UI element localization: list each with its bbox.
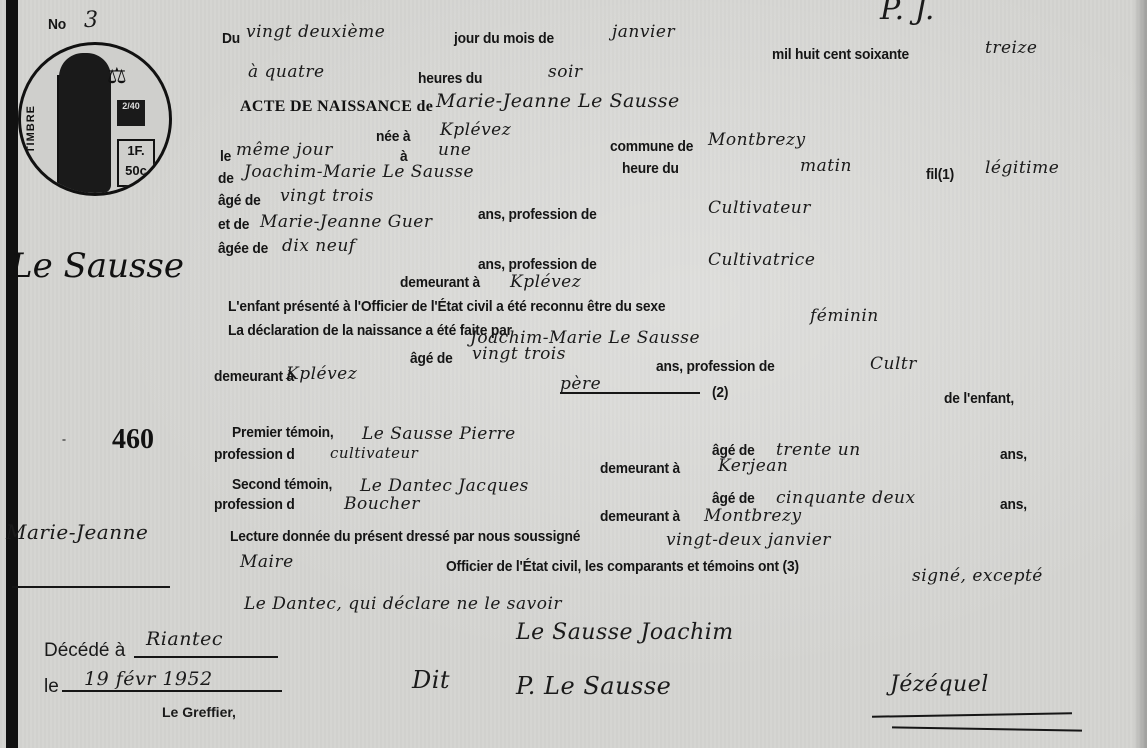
mother-name: Marie-Jeanne Guer <box>260 212 433 232</box>
printed-heure-du: heure du <box>622 160 679 177</box>
officer-title: Maire <box>240 552 294 572</box>
printed-de-mother: et de <box>218 216 249 233</box>
top-right-mark: P. J. <box>880 0 935 27</box>
signature-flourish <box>872 712 1072 717</box>
declarant-age: vingt trois <box>472 344 566 364</box>
printed-fil: fil(1) <box>926 166 954 183</box>
sex: féminin <box>810 306 879 326</box>
month-handwritten: janvier <box>612 22 675 42</box>
printed-prof-w1: profession d <box>214 446 295 463</box>
printed-res-declarant: demeurant à <box>214 368 294 385</box>
printed-jour-du-mois: jour du mois de <box>454 30 554 47</box>
witness1-name: Le Sausse Pierre <box>362 424 516 444</box>
death-date: 19 févr 1952 <box>84 668 213 690</box>
printed-prof-declarant: ans, profession de <box>656 358 775 375</box>
printed-de-father: de <box>218 170 234 187</box>
commune: Montbrezy <box>708 130 806 150</box>
printed-prof-w2: profession d <box>214 496 295 513</box>
day-handwritten: vingt deuxième <box>246 22 385 42</box>
printed-second-temoin: Second témoin, <box>232 476 332 493</box>
justice-figure-icon <box>59 53 111 193</box>
printed-res-w2: demeurant à <box>600 508 680 525</box>
mother-age: dix neuf <box>282 236 356 256</box>
printed-le-death: le <box>44 676 59 698</box>
stamp-price: 1F. 50c <box>117 139 155 187</box>
margin-underline <box>12 586 170 588</box>
birth-hour: une <box>438 140 471 160</box>
death-date-underline <box>62 690 282 692</box>
signature-flourish-2 <box>892 726 1082 731</box>
entry-number: 3 <box>84 8 99 33</box>
scan-edge-right <box>1133 0 1147 748</box>
document-page: No 3 P. J. TIMBRE ⚖ 2/40 1F. 50c Du ving… <box>0 0 1147 748</box>
child-name: Marie-Jeanne Le Sausse <box>436 90 680 112</box>
printed-sex-line: L'enfant présenté à l'Officier de l'État… <box>228 298 665 315</box>
printed-res-w1: demeurant à <box>600 460 680 477</box>
father-age: vingt trois <box>280 186 374 206</box>
printed-de-lenfant: de l'enfant, <box>944 390 1014 407</box>
death-place-underline <box>134 656 278 658</box>
born-place: Kplévez <box>440 120 511 140</box>
father-profession: Cultivateur <box>708 198 811 218</box>
printed-demeurant: demeurant à <box>400 274 480 291</box>
witness1-residence: Kerjean <box>718 456 788 476</box>
declarant-relation: père <box>560 374 601 394</box>
printed-le: le <box>220 148 231 165</box>
printed-du: Du <box>222 30 240 47</box>
year-handwritten: treize <box>985 38 1037 58</box>
same-day: même jour <box>236 140 333 160</box>
declarant-residence: Kplévez <box>286 364 357 384</box>
printed-premier-temoin: Premier témoin, <box>232 424 334 441</box>
printed-decede-a: Décédé à <box>44 640 125 662</box>
scan-edge-left <box>6 0 18 748</box>
witness2-residence: Montbrezy <box>704 506 802 526</box>
death-place: Riantec <box>146 628 223 650</box>
birth-period: matin <box>800 156 852 176</box>
witness2-name: Le Dantec Jacques <box>360 476 529 496</box>
witness2-age: cinquante deux <box>776 488 916 508</box>
closing-date: vingt-deux janvier <box>666 530 831 550</box>
signature-mayor: Jézéquel <box>890 672 989 697</box>
witness2-profession: Boucher <box>344 494 420 514</box>
printed-note-2: (2) <box>712 384 728 401</box>
period-handwritten: soir <box>548 62 583 82</box>
entry-number-label: No <box>48 16 66 33</box>
signature-father: Le Sausse Joachim <box>516 620 734 645</box>
printed-ans-w2: ans, <box>1000 496 1027 513</box>
exception-handwritten: Le Dantec, qui déclare ne le savoir <box>244 594 562 614</box>
stamp-label: TIMBRE <box>25 105 37 153</box>
printed-year: mil huit cent soixante <box>772 46 909 63</box>
signed-handwritten: signé, excepté <box>912 566 1043 586</box>
signature-witness1: P. Le Sausse <box>516 672 671 700</box>
printed-age-mother: âgée de <box>218 240 268 257</box>
residence-place: Kplévez <box>510 272 581 292</box>
hour-handwritten: à quatre <box>248 62 325 82</box>
printed-age-father: âgé de <box>218 192 261 209</box>
witness1-age: trente un <box>776 440 861 460</box>
legitimacy: légitime <box>985 158 1059 178</box>
tax-stamp: TIMBRE ⚖ 2/40 1F. 50c <box>18 42 172 196</box>
witness1-profession: cultivateur <box>330 444 418 462</box>
scales-icon: ⚖ <box>107 63 127 89</box>
printed-commune: commune de <box>610 138 693 155</box>
margin-given-name: Marie-Jeanne <box>6 520 148 544</box>
printed-prof-mother: ans, profession de <box>478 256 597 273</box>
printed-nee-a: née à <box>376 128 410 145</box>
printed-lecture: Lecture donnée du présent dressé par nou… <box>230 528 580 545</box>
margin-surname: Le Sausse <box>10 246 184 286</box>
printed-prof-father: ans, profession de <box>478 206 597 223</box>
register-number: 460 <box>112 424 154 456</box>
mother-profession: Cultivatrice <box>708 250 815 270</box>
printed-age-w2: âgé de <box>712 490 755 507</box>
page-title: ACTE DE NAISSANCE de <box>240 98 433 116</box>
declarant-profession: Cultr <box>870 354 917 374</box>
printed-heures-du: heures du <box>418 70 482 87</box>
stamp-small-value: 2/40 <box>117 100 145 126</box>
printed-greffier: Le Greffier, <box>162 704 236 720</box>
father-name: Joachim-Marie Le Sausse <box>244 162 474 182</box>
signature-dit: Dit <box>412 666 450 694</box>
printed-officer-line: Officier de l'État civil, les comparants… <box>446 558 799 575</box>
printed-ans-w1: ans, <box>1000 446 1027 463</box>
underline <box>560 392 700 394</box>
printed-age-declarant: âgé de <box>410 350 453 367</box>
